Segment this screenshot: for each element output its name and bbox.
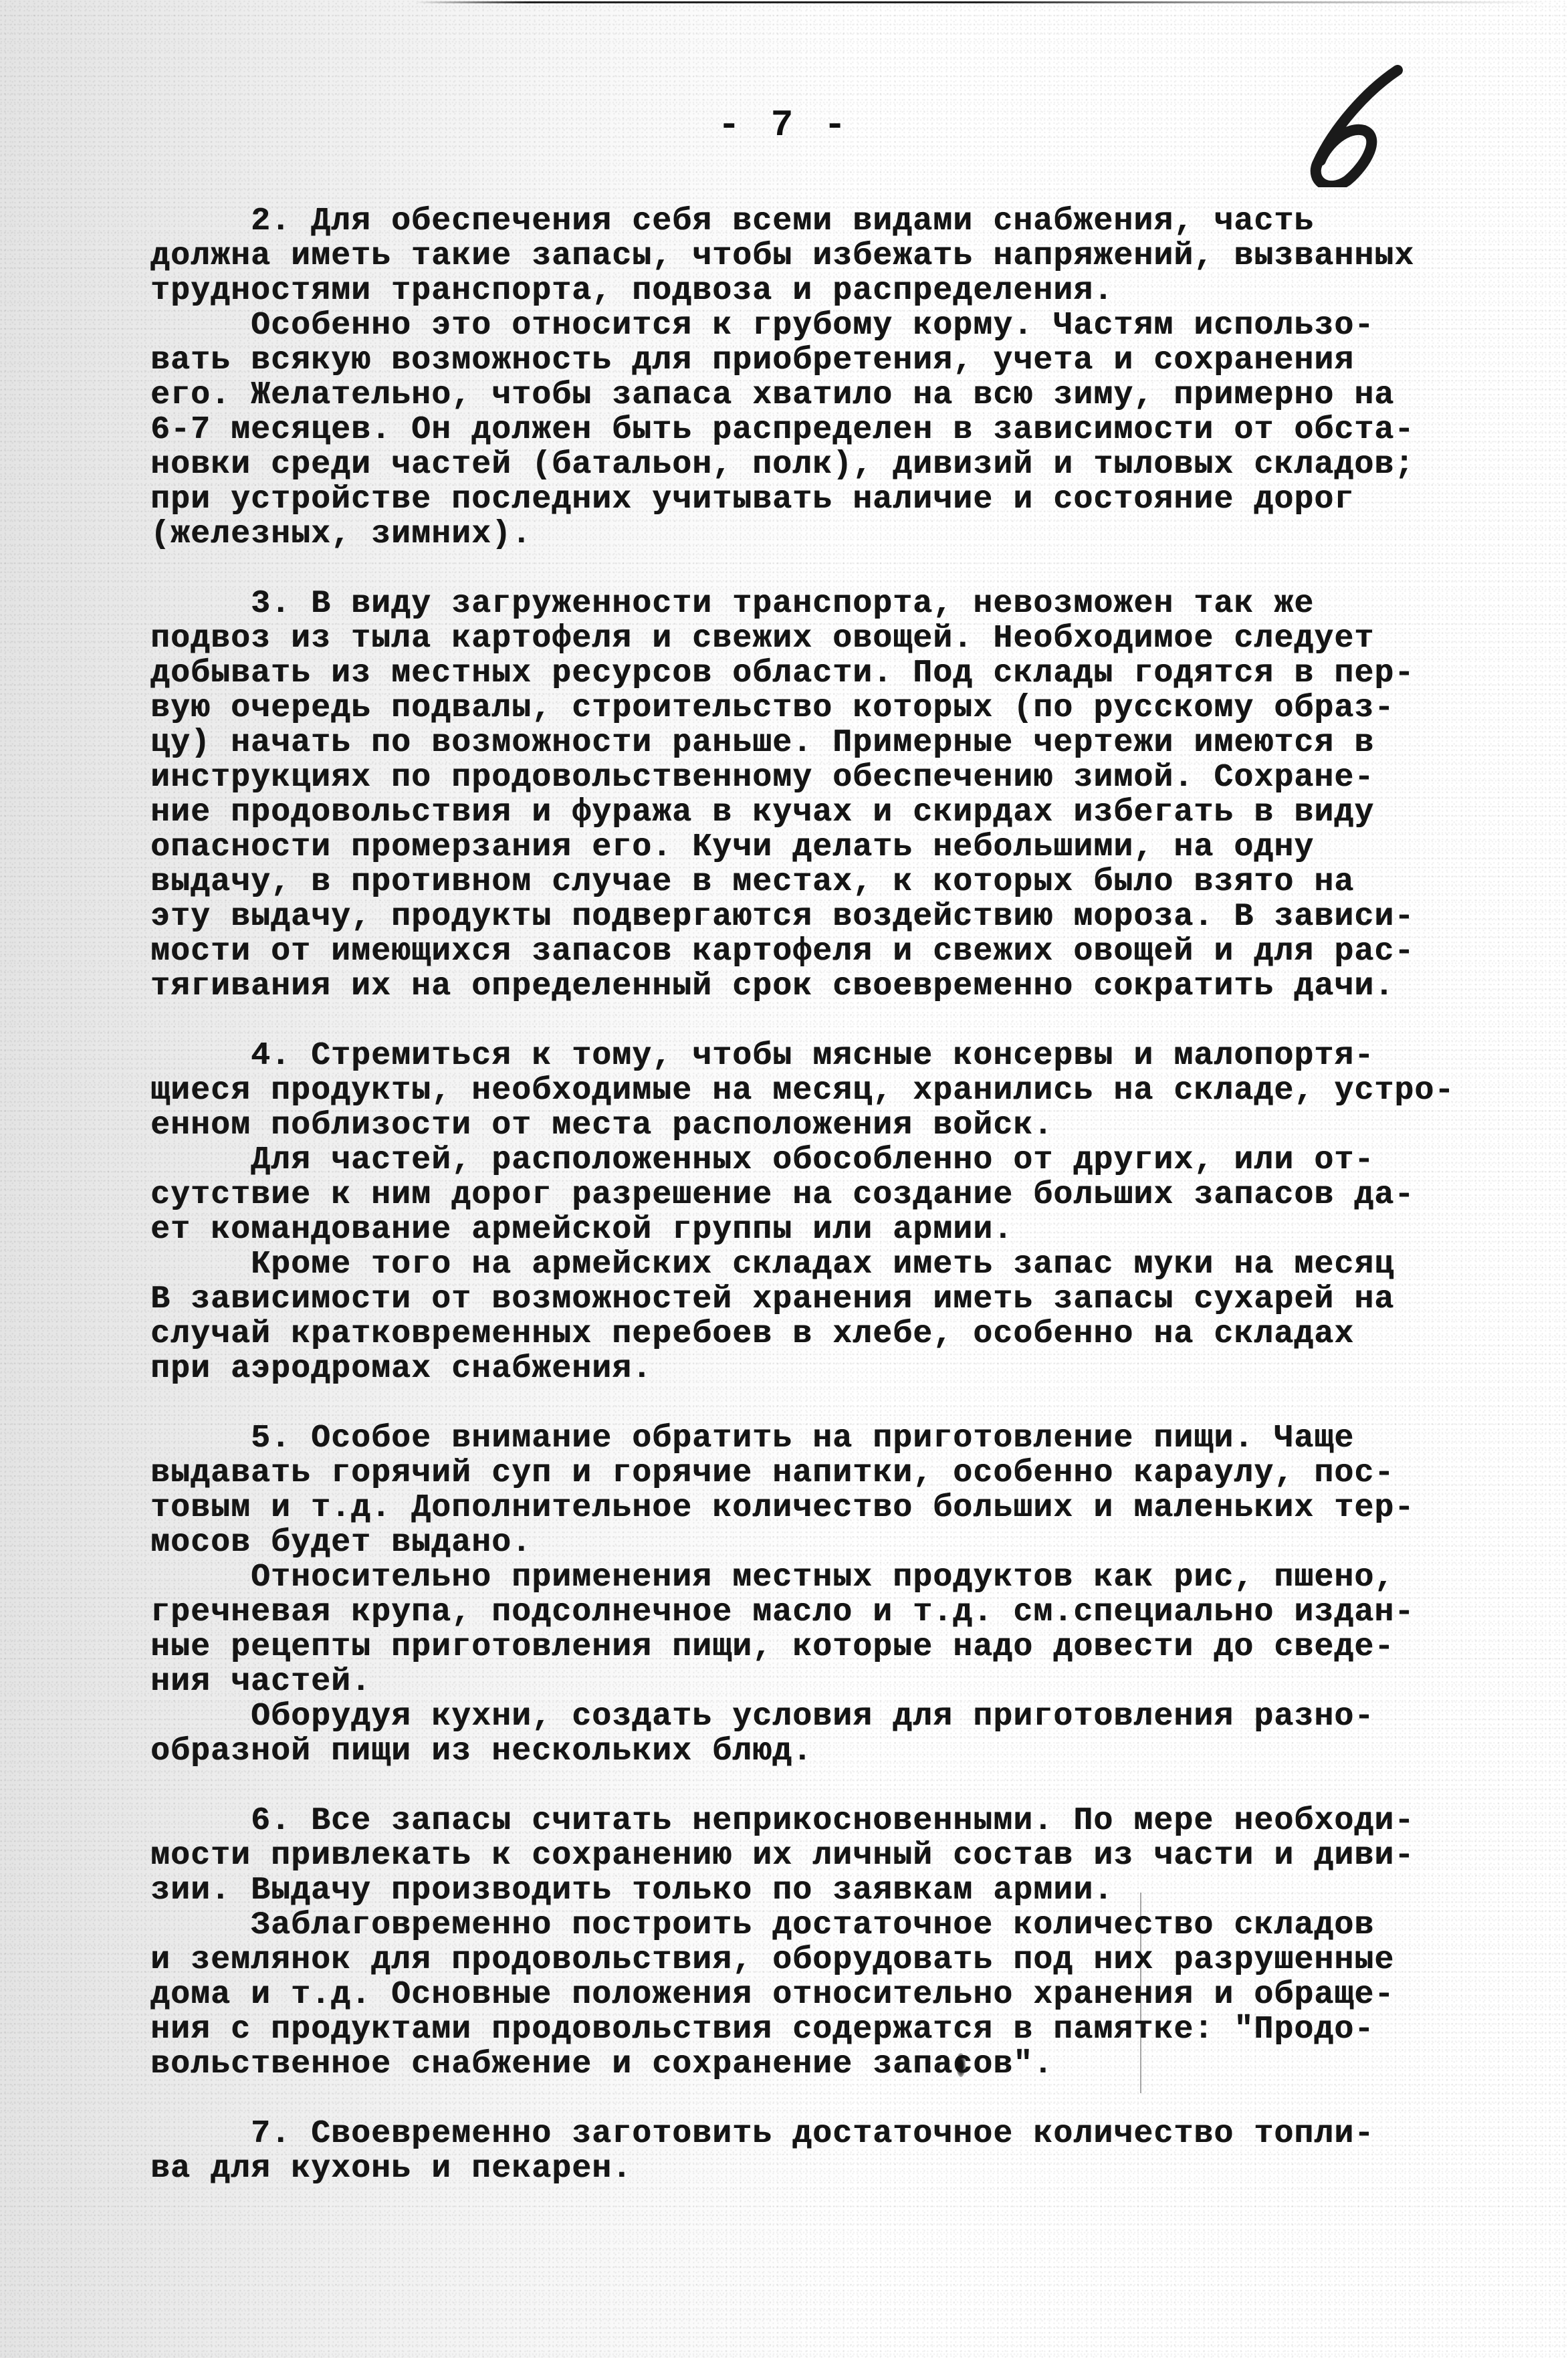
text-line: ния частей. [150,1665,1565,1699]
text-line: ва для кухонь и пекарен. [150,2151,1565,2186]
text-line: эту выдачу, продукты подвергаются воздей… [150,899,1565,934]
paragraph-4: 4. Стремиться к тому, чтобы мясные консе… [150,1039,1565,1386]
paragraph-gap [150,2082,1565,2117]
text-line: щиеся продукты, необходимые на месяц, хр… [150,1073,1565,1108]
text-line: зии. Выдачу производить только по заявка… [150,1873,1565,1908]
text-line: Оборудуя кухни, создать условия для приг… [150,1699,1565,1734]
paragraph-5: 5. Особое внимание обратить на приготовл… [150,1421,1565,1769]
text-line: цу) начать по возможности раньше. Пример… [150,726,1565,760]
text-line: гречневая крупа, подсолнечное масло и т.… [150,1595,1565,1630]
ink-blot [956,2053,966,2077]
scan-artifact-line [1140,1893,1141,2093]
text-line: при аэродромах снабжения. [150,1352,1565,1386]
text-line: образной пищи из нескольких блюд. [150,1734,1565,1769]
paragraph-2: 2. Для обеспечения себя всеми видами сна… [150,204,1565,552]
text-line: выдавать горячий суп и горячие напитки, … [150,1456,1565,1491]
text-line: случай кратковременных перебоев в хлебе,… [150,1317,1565,1352]
text-line: тягивания их на определенный срок своевр… [150,969,1565,1004]
text-line: вую очередь подвалы, строительство котор… [150,691,1565,726]
text-line: его. Желательно, чтобы запаса хватило на… [150,378,1565,413]
text-line: вать всякую возможность для приобретения… [150,343,1565,378]
text-line: при устройстве последних учитывать налич… [150,482,1565,517]
text-line: трудностями транспорта, подвоза и распре… [150,274,1565,308]
text-line: енном поблизости от места расположения в… [150,1108,1565,1143]
text-line: опасности промерзания его. Кучи делать н… [150,830,1565,865]
text-line: Для частей, расположенных обособленно от… [150,1143,1565,1178]
scan-edge-line [415,1,1551,3]
text-line: инструкциях по продовольственному обеспе… [150,760,1565,795]
paragraph-gap [150,1004,1565,1039]
text-line: ние продовольствия и фуража в кучах и ск… [150,795,1565,830]
document-body: 2. Для обеспечения себя всеми видами сна… [150,204,1565,2186]
paragraph-7: 7. Своевременно заготовить достаточное к… [150,2117,1565,2186]
text-line: 7. Своевременно заготовить достаточное к… [150,2117,1565,2151]
text-line: должна иметь такие запасы, чтобы избежат… [150,239,1565,274]
text-line: 5. Особое внимание обратить на приготовл… [150,1421,1565,1456]
text-line: 3. В виду загруженности транспорта, нево… [150,586,1565,621]
text-line: ния с продуктами продовольствия содержат… [150,2012,1565,2047]
text-line: 2. Для обеспечения себя всеми видами сна… [150,204,1565,239]
text-line: и землянок для продовольствия, оборудова… [150,1943,1565,1977]
text-line: 4. Стремиться к тому, чтобы мясные консе… [150,1039,1565,1073]
text-line: мости привлекать к сохранению их личный … [150,1838,1565,1873]
text-line: Особенно это относится к грубому корму. … [150,308,1565,343]
paragraph-3: 3. В виду загруженности транспорта, нево… [150,586,1565,1004]
text-line: новки среди частей (батальон, полк), див… [150,447,1565,482]
text-line: (железных, зимних). [150,517,1565,552]
text-line: товым и т.д. Дополнительное количество б… [150,1491,1565,1525]
text-line: ет командование армейской группы или арм… [150,1212,1565,1247]
text-line: Относительно применения местных продукто… [150,1560,1565,1595]
text-line: Кроме того на армейских складах иметь за… [150,1247,1565,1282]
handwritten-six-icon [1280,27,1414,187]
paragraph-gap [150,1386,1565,1421]
handwritten-folio-number [1280,27,1414,187]
paragraph-gap [150,552,1565,586]
text-line: добывать из местных ресурсов области. По… [150,656,1565,691]
text-line: В зависимости от возможностей хранения и… [150,1282,1565,1317]
text-line: ные рецепты приготовления пищи, которые … [150,1630,1565,1665]
text-line: подвоз из тыла картофеля и свежих овощей… [150,621,1565,656]
text-line: сутствие к ним дорог разрешение на созда… [150,1178,1565,1212]
text-line: Заблаговременно построить достаточное ко… [150,1908,1565,1943]
text-line: мости от имеющихся запасов картофеля и с… [150,934,1565,969]
text-line: 6-7 месяцев. Он должен быть распределен … [150,413,1565,447]
text-line: выдачу, в противном случае в местах, к к… [150,865,1565,899]
text-line: мосов будет выдано. [150,1525,1565,1560]
paragraph-gap [150,1769,1565,1804]
text-line: 6. Все запасы считать неприкосновенными.… [150,1804,1565,1838]
text-line: вольственное снабжение и сохранение запа… [150,2047,1565,2082]
paragraph-6: 6. Все запасы считать неприкосновенными.… [150,1804,1565,2082]
text-line: дома и т.д. Основные положения относител… [150,1977,1565,2012]
